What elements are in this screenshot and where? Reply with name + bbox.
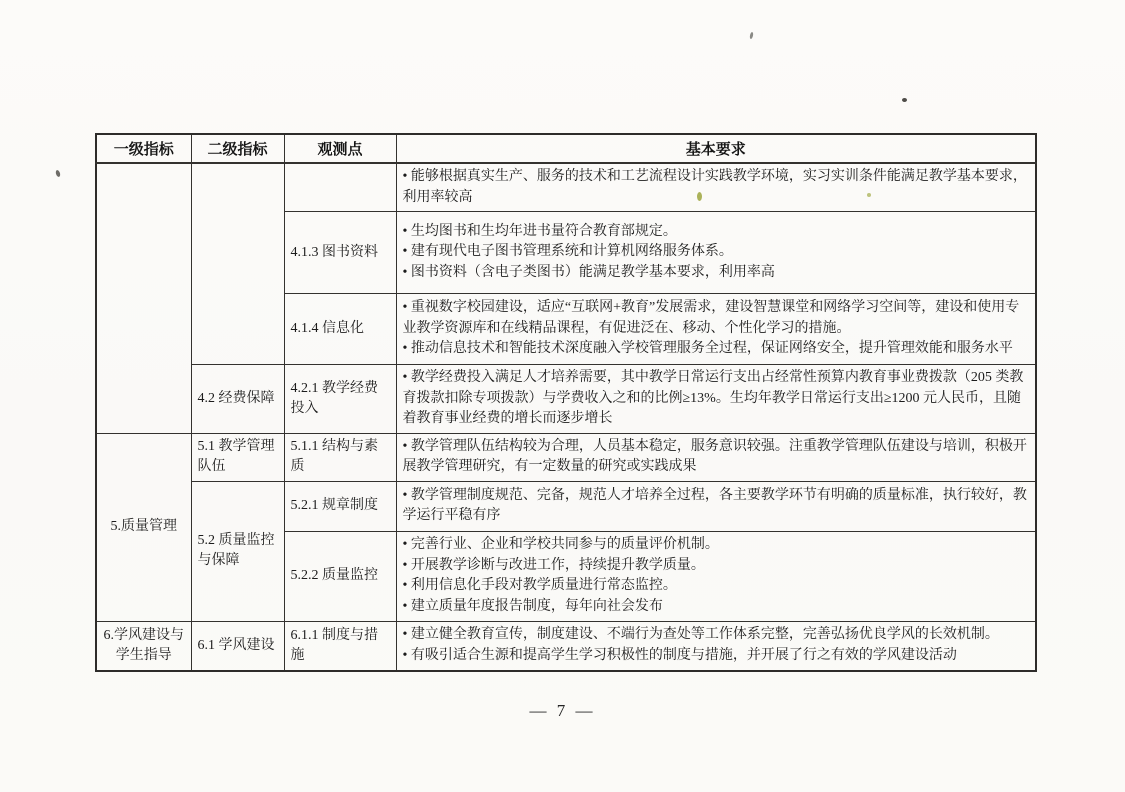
observation-point-cell: 5.2.1 规章制度 bbox=[284, 481, 396, 531]
requirement-item: • 教学管理制度规范、完备，规范人才培养全过程，各主要教学环节有明确的质量标准，… bbox=[403, 486, 1033, 527]
observation-point-cell: 6.1.1 制度与措施 bbox=[284, 621, 396, 671]
level2-indicator-cell: 5.1 教学管理队伍 bbox=[191, 433, 284, 481]
observation-point-cell: 4.2.1 教学经费投入 bbox=[284, 365, 396, 434]
page-number: — 7 — bbox=[0, 701, 1125, 721]
indicator-table: 一级指标 二级指标 观测点 基本要求 • 能够根据真实生产、服务的技术和工艺流程… bbox=[95, 133, 1037, 672]
level2-indicator-cell: 4.2 经费保障 bbox=[191, 365, 284, 434]
table-row: 5.2 质量监控与保障 5.2.1 规章制度 • 教学管理制度规范、完备，规范人… bbox=[96, 481, 1036, 531]
level2-indicator-cell-empty bbox=[191, 163, 284, 365]
requirements-cell: • 教学管理队伍结构较为合理，人员基本稳定，服务意识较强。注重教学管理队伍建设与… bbox=[396, 433, 1036, 481]
table-row: 6.学风建设与学生指导 6.1 学风建设 6.1.1 制度与措施 • 建立健全教… bbox=[96, 621, 1036, 671]
requirements-cell: • 生均图书和生均年进书量符合教育部规定。 • 建有现代电子图书管理系统和计算机… bbox=[396, 212, 1036, 294]
requirements-cell: • 完善行业、企业和学校共同参与的质量评价机制。 • 开展教学诊断与改进工作，持… bbox=[396, 531, 1036, 621]
scan-speck bbox=[697, 192, 702, 201]
requirement-item: • 完善行业、企业和学校共同参与的质量评价机制。 bbox=[403, 535, 1033, 556]
level2-indicator-cell: 6.1 学风建设 bbox=[191, 621, 284, 671]
observation-point-cell bbox=[284, 163, 396, 212]
table-row: 4.2 经费保障 4.2.1 教学经费投入 • 教学经费投入满足人才培养需要，其… bbox=[96, 365, 1036, 434]
observation-point-cell: 5.2.2 质量监控 bbox=[284, 531, 396, 621]
requirements-cell: • 建立健全教育宣传，制度建设、不端行为查处等工作体系完整，完善弘扬优良学风的长… bbox=[396, 621, 1036, 671]
observation-point-cell: 5.1.1 结构与素质 bbox=[284, 433, 396, 481]
requirement-item: • 生均图书和生均年进书量符合教育部规定。 bbox=[403, 222, 1033, 243]
level2-indicator-cell: 5.2 质量监控与保障 bbox=[191, 481, 284, 621]
level1-indicator-cell: 5.质量管理 bbox=[96, 433, 191, 621]
requirement-item: • 利用信息化手段对教学质量进行常态监控。 bbox=[403, 576, 1033, 597]
scan-speck bbox=[902, 98, 907, 102]
requirement-item: • 教学管理队伍结构较为合理，人员基本稳定，服务意识较强。注重教学管理队伍建设与… bbox=[403, 437, 1033, 478]
requirements-cell: • 教学管理制度规范、完备，规范人才培养全过程，各主要教学环节有明确的质量标准，… bbox=[396, 481, 1036, 531]
level1-indicator-cell-empty bbox=[96, 163, 191, 433]
header-observation-point: 观测点 bbox=[284, 134, 396, 163]
scan-speck bbox=[749, 32, 753, 39]
observation-point-cell: 4.1.4 信息化 bbox=[284, 294, 396, 365]
observation-point-cell: 4.1.3 图书资料 bbox=[284, 212, 396, 294]
requirement-item: • 建有现代电子图书管理系统和计算机网络服务体系。 bbox=[403, 242, 1033, 263]
header-level2-indicator: 二级指标 bbox=[191, 134, 284, 163]
requirement-item: • 建立质量年度报告制度，每年向社会发布 bbox=[403, 597, 1033, 618]
requirements-cell: • 重视数字校园建设，适应“互联网+教育”发展需求，建设智慧课堂和网络学习空间等… bbox=[396, 294, 1036, 365]
requirement-item: • 教学经费投入满足人才培养需要，其中教学日常运行支出占经常性预算内教育事业费拨… bbox=[403, 368, 1033, 430]
scan-speck bbox=[55, 170, 61, 178]
header-level1-indicator: 一级指标 bbox=[96, 134, 191, 163]
table-row: • 能够根据真实生产、服务的技术和工艺流程设计实践教学环境，实习实训条件能满足教… bbox=[96, 163, 1036, 212]
requirement-item: • 图书资料（含电子类图书）能满足教学基本要求，利用率高 bbox=[403, 263, 1033, 284]
requirements-cell: • 教学经费投入满足人才培养需要，其中教学日常运行支出占经常性预算内教育事业费拨… bbox=[396, 365, 1036, 434]
requirement-item: • 重视数字校园建设，适应“互联网+教育”发展需求，建设智慧课堂和网络学习空间等… bbox=[403, 298, 1033, 339]
requirements-cell: • 能够根据真实生产、服务的技术和工艺流程设计实践教学环境，实习实训条件能满足教… bbox=[396, 163, 1036, 212]
requirement-item: • 开展教学诊断与改进工作，持续提升教学质量。 bbox=[403, 556, 1033, 577]
requirement-item: • 有吸引适合生源和提高学生学习积极性的制度与措施，并开展了行之有效的学风建设活… bbox=[403, 646, 1033, 667]
requirement-item: • 能够根据真实生产、服务的技术和工艺流程设计实践教学环境，实习实训条件能满足教… bbox=[403, 167, 1033, 208]
table-row: 5.质量管理 5.1 教学管理队伍 5.1.1 结构与素质 • 教学管理队伍结构… bbox=[96, 433, 1036, 481]
header-basic-requirements: 基本要求 bbox=[396, 134, 1036, 163]
requirement-item: • 推动信息技术和智能技术深度融入学校管理服务全过程，保证网络安全，提升管理效能… bbox=[403, 339, 1033, 360]
requirement-item: • 建立健全教育宣传，制度建设、不端行为查处等工作体系完整，完善弘扬优良学风的长… bbox=[403, 625, 1033, 646]
table-header-row: 一级指标 二级指标 观测点 基本要求 bbox=[96, 134, 1036, 163]
scan-speck bbox=[867, 193, 871, 197]
scanned-page: 一级指标 二级指标 观测点 基本要求 • 能够根据真实生产、服务的技术和工艺流程… bbox=[0, 0, 1125, 792]
level1-indicator-cell: 6.学风建设与学生指导 bbox=[96, 621, 191, 671]
